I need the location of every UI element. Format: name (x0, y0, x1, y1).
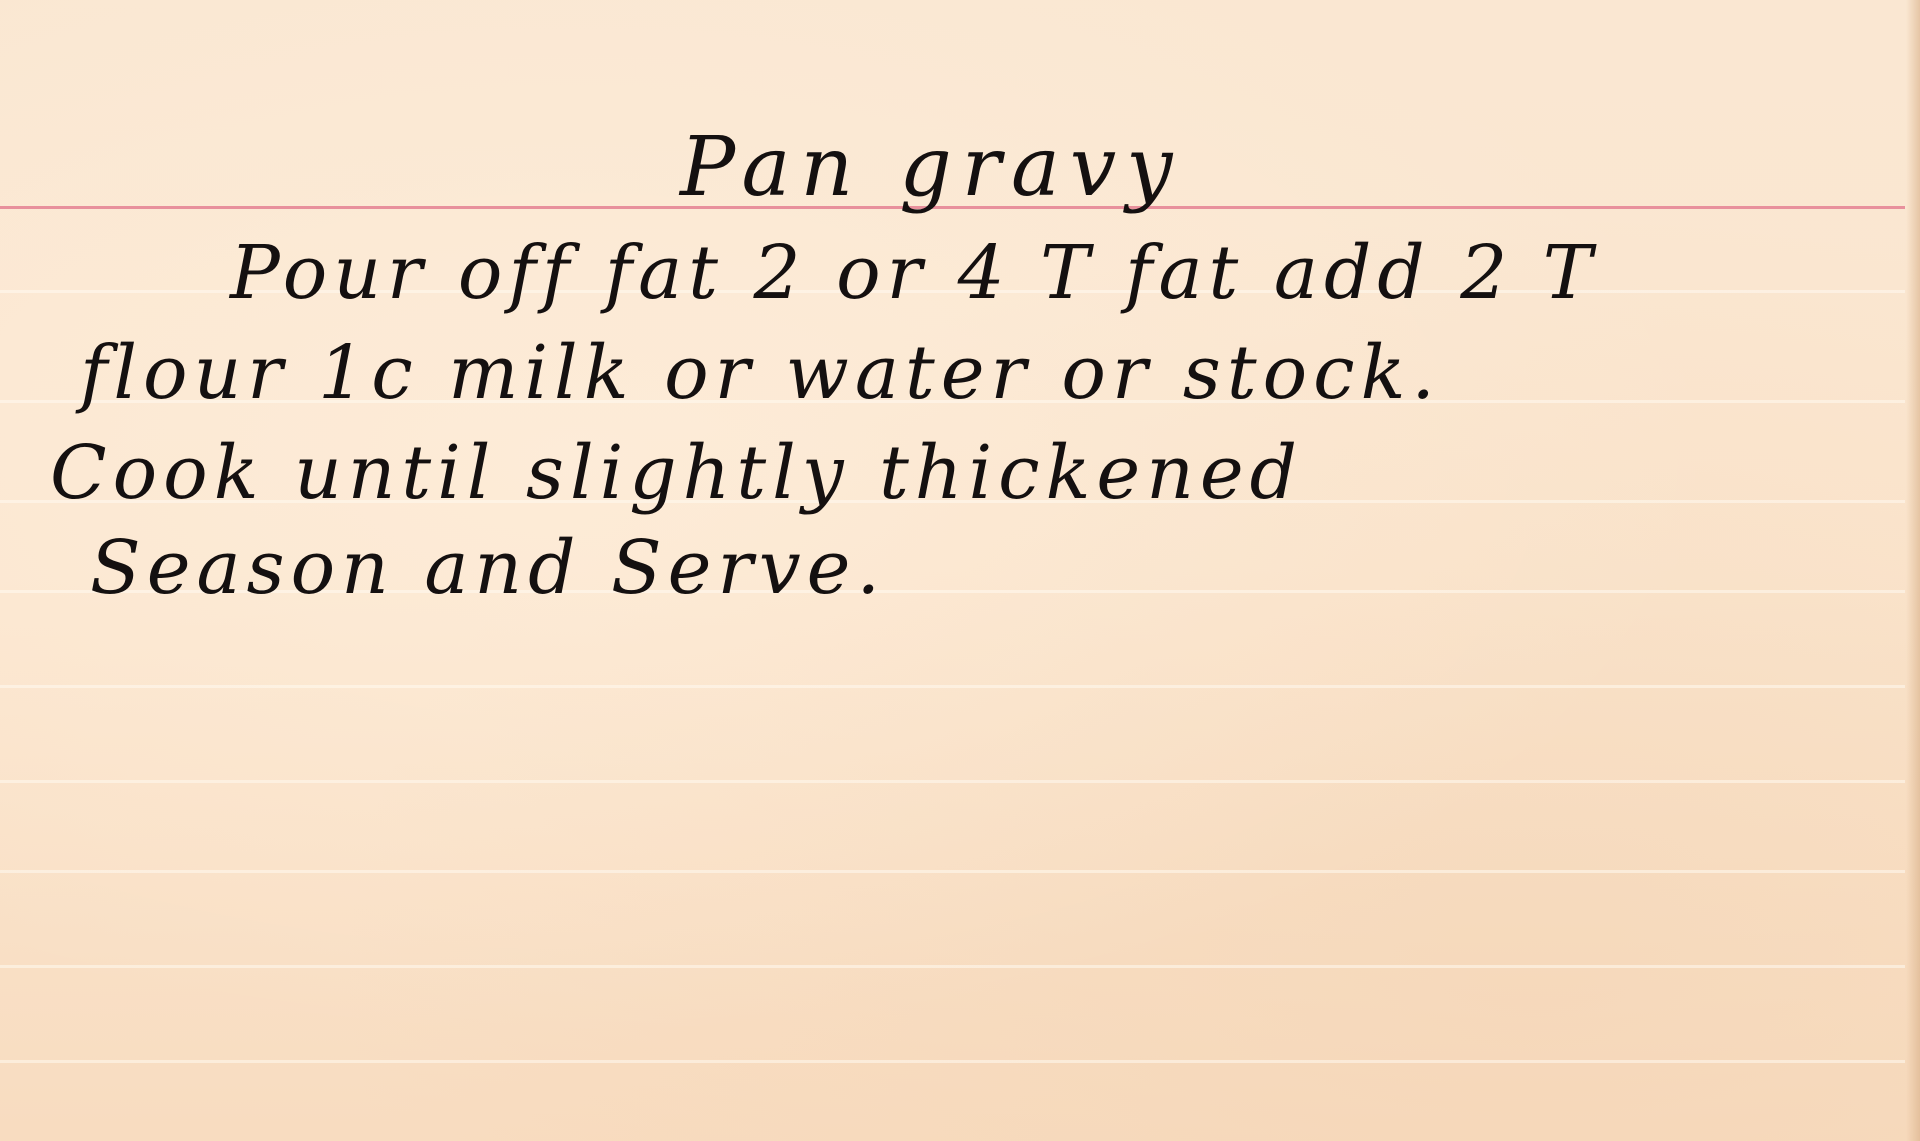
recipe-line-1: Pour off fat 2 or 4 T fat add 2 T (230, 230, 1598, 316)
recipe-line-3: Cook until slightly thickened (50, 430, 1303, 516)
ruled-line (0, 965, 1905, 968)
ruled-line (0, 780, 1905, 783)
recipe-card: Pan gravy Pour off fat 2 or 4 T fat add … (0, 0, 1920, 1141)
recipe-title: Pan gravy (680, 120, 1182, 215)
recipe-line-4: Season and Serve. (90, 525, 886, 611)
card-edge (1906, 0, 1920, 1141)
ruled-line (0, 870, 1905, 873)
ruled-line (0, 685, 1905, 688)
ruled-line (0, 1060, 1905, 1063)
recipe-line-2: flour 1c milk or water or stock. (80, 330, 1441, 416)
